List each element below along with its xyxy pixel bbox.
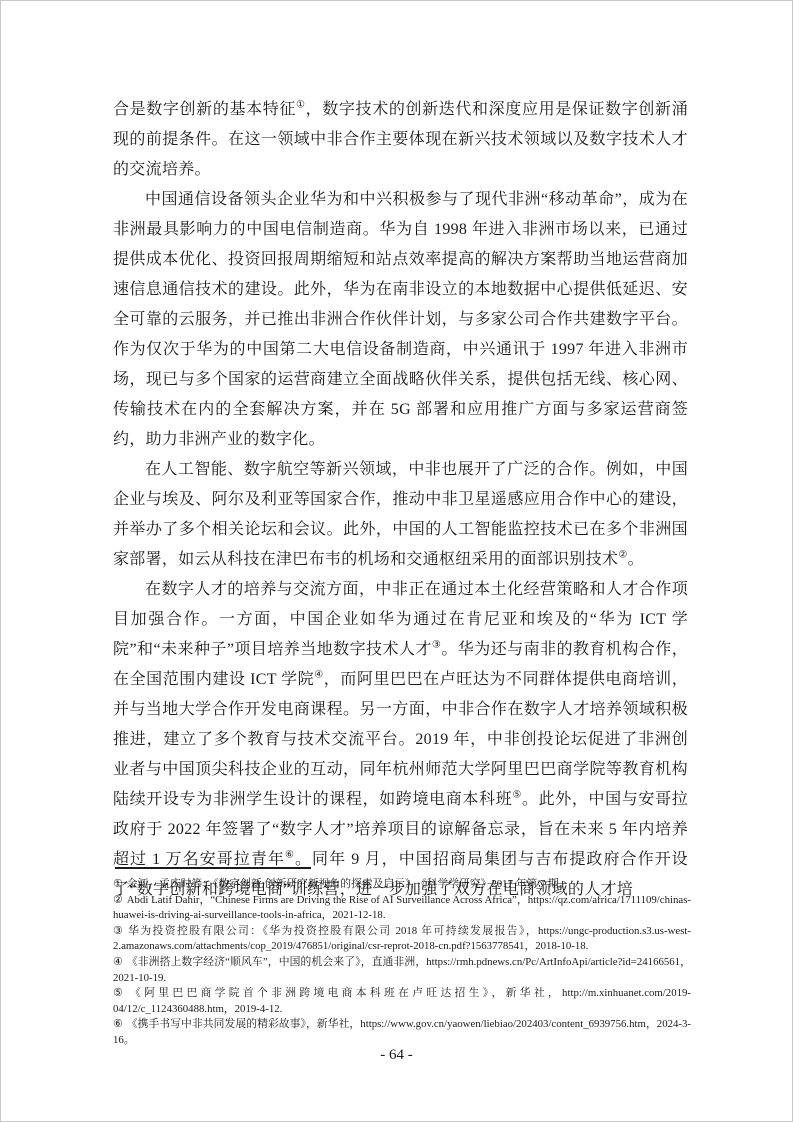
footnote-marker: ① [113, 878, 123, 890]
footnote-separator [115, 867, 311, 869]
body-paragraph: 在人工智能、数字航空等新兴领域，中非也展开了广泛的合作。例如，中国企业与埃及、阿… [113, 455, 688, 575]
footnotes-list: ①余江，孟庆时等：《数字创新:创新研究新视角的探索及启示》，《科学学研究》201… [113, 877, 691, 1049]
footnote-item: ①余江，孟庆时等：《数字创新:创新研究新视角的探索及启示》，《科学学研究》201… [113, 877, 691, 893]
footnote-item: ④《非洲搭上数字经济“顺风车”，中国的机会来了》，直通非洲，https://rm… [113, 955, 691, 986]
body-text: 合是数字创新的基本特征①，数字技术的创新迭代和深度应用是保证数字创新涌现的前提条… [113, 95, 688, 905]
document-page: 合是数字创新的基本特征①，数字技术的创新迭代和深度应用是保证数字创新涌现的前提条… [0, 0, 793, 1122]
footnote-ref: ⑤ [512, 790, 522, 801]
footnote-marker: ③ [113, 925, 124, 937]
footnote-marker: ⑤ [113, 987, 126, 999]
footnote-ref: ② [618, 550, 627, 561]
footnote-ref: ① [296, 100, 306, 111]
page-number: - 64 - [1, 1047, 792, 1064]
footnote-item: ②Abdi Latif Dahir，“Chinese Firms are Dri… [113, 893, 691, 924]
footnote-text: 余江，孟庆时等：《数字创新:创新研究新视角的探索及启示》，《科学学研究》2017… [127, 878, 570, 890]
footnote-marker: ⑥ [113, 1018, 123, 1030]
footnote-text: 《非洲搭上数字经济“顺风车”，中国的机会来了》，直通非洲，https://rmh… [113, 956, 691, 984]
footnote-ref: ④ [314, 670, 324, 681]
footnote-text: Abdi Latif Dahir，“Chinese Firms are Driv… [113, 894, 691, 922]
footnote-ref: ③ [432, 640, 441, 651]
footnotes-section: ①余江，孟庆时等：《数字创新:创新研究新视角的探索及启示》，《科学学研究》201… [113, 867, 691, 1049]
footnote-text: 《阿里巴巴商学院首个非洲跨境电商本科班在卢旺达招生》，新华社，http://m.… [113, 987, 691, 1015]
body-paragraph: 在数字人才的培养与交流方面，中非正在通过本土化经营策略和人才合作项目加强合作。一… [113, 575, 688, 905]
body-paragraph: 中国通信设备领头企业华为和中兴积极参与了现代非洲“移动革命”，成为在非洲最具影响… [113, 185, 688, 455]
footnote-item: ⑥《携手书写中非共同发展的精彩故事》，新华社，https://www.gov.c… [113, 1017, 691, 1048]
footnote-ref: ⑥ [285, 850, 295, 861]
body-paragraph: 合是数字创新的基本特征①，数字技术的创新迭代和深度应用是保证数字创新涌现的前提条… [113, 95, 688, 185]
footnote-item: ③华为投资控股有限公司：《华为投资控股有限公司 2018 年可持续发展报告》，h… [113, 924, 691, 955]
footnote-item: ⑤《阿里巴巴商学院首个非洲跨境电商本科班在卢旺达招生》，新华社，http://m… [113, 986, 691, 1017]
footnote-text: 华为投资控股有限公司：《华为投资控股有限公司 2018 年可持续发展报告》，ht… [113, 925, 691, 953]
footnote-marker: ④ [113, 956, 123, 968]
footnote-text: 《携手书写中非共同发展的精彩故事》，新华社，https://www.gov.cn… [113, 1018, 691, 1046]
footnote-marker: ② [113, 894, 123, 906]
